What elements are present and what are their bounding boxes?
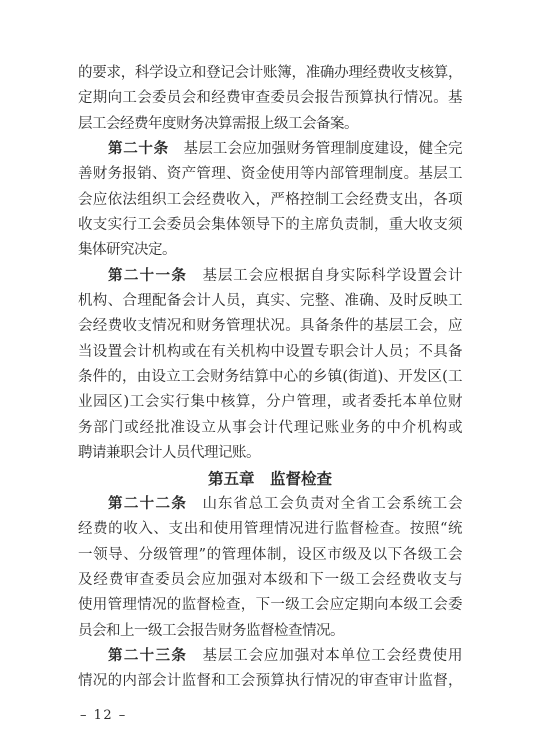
text-line: 定期向工会委员会和经费审查委员会报告预算执行情况。基 [78, 86, 462, 111]
document-page: 的要求，科学设立和登记会计账簿，准确办理经费收支核算， 定期向工会委员会和经费审… [0, 0, 540, 740]
text-line-article-23: 第二十三条 基层工会应加强对本单位工会经费使用 [78, 644, 462, 669]
article-number-bold: 第二十三条 [108, 648, 187, 664]
line-text: 收支实行工会委员会集体领导下的主席负责制，重大收支须 [78, 217, 462, 233]
line-text: 使用管理情况的监督检查，下一级工会应定期向本级工会委 [78, 597, 462, 613]
line-text: 山东省总工会负责对全省工会系统工会 [187, 496, 462, 512]
line-text: 善财务报销、资产管理、资金使用等内部管理制度。基层工 [78, 166, 462, 182]
text-line: 集体研究决定。 [78, 238, 462, 263]
article-number-bold: 第二十条 [108, 141, 169, 157]
text-line: 聘请兼职会计人员代理记账。 [78, 441, 462, 466]
text-line: 使用管理情况的监督检查，下一级工会应定期向本级工会委 [78, 593, 462, 618]
line-text: 会应依法组织工会经费收入，严格控制工会经费支出，各项 [78, 192, 462, 208]
line-text: 定期向工会委员会和经费审查委员会报告预算执行情况。基 [78, 90, 462, 106]
document-text-block: 的要求，科学设立和登记会计账簿，准确办理经费收支核算， 定期向工会委员会和经费审… [78, 61, 462, 695]
line-text: 情况的内部会计监督和工会预算执行情况的审查审计监督， [78, 673, 462, 689]
text-line: 务部门或经批准设立从事会计代理记账业务的中介机构或 [78, 416, 462, 441]
text-line: 一领导、分级管理”的管理体制，设区市级及以下各级工会 [78, 543, 462, 568]
chapter-heading-text: 第五章 监督检查 [208, 470, 332, 488]
line-text: 基层工会应根据自身实际科学设置会计 [187, 268, 462, 284]
chapter-heading: 第五章 监督检查 [78, 467, 462, 492]
line-text: 基层工会应加强对本单位工会经费使用 [187, 648, 462, 664]
text-line: 员会和上一级工会报告财务监督检查情况。 [78, 619, 462, 644]
line-text: 集体研究决定。 [78, 242, 176, 258]
line-text: 经费的收入、支出和使用管理情况进行监督检查。按照“统 [78, 521, 462, 537]
line-text: 条件的，由设立工会财务结算中心的乡镇(街道)、开发区(工 [78, 369, 462, 385]
text-line: 层工会经费年度财务决算需报上级工会备案。 [78, 112, 462, 137]
line-text: 聘请兼职会计人员代理记账。 [78, 445, 260, 461]
line-text: 机构、合理配备会计人员，真实、完整、准确、及时反映工 [78, 293, 462, 309]
line-text: 务部门或经批准设立从事会计代理记账业务的中介机构或 [78, 420, 462, 436]
text-line: 业园区)工会实行集中核算，分户管理，或者委托本单位财 [78, 390, 462, 415]
text-line: 机构、合理配备会计人员，真实、完整、准确、及时反映工 [78, 289, 462, 314]
line-text: 的要求，科学设立和登记会计账簿，准确办理经费收支核算， [78, 65, 462, 81]
text-line: 情况的内部会计监督和工会预算执行情况的审查审计监督， [78, 669, 462, 694]
text-line: 当设置会计机构或在有关机构中设置专职会计人员；不具备 [78, 340, 462, 365]
line-text: 及经费审查委员会应加强对本级和下一级工会经费收支与 [78, 572, 462, 588]
text-line: 条件的，由设立工会财务结算中心的乡镇(街道)、开发区(工 [78, 365, 462, 390]
text-line: 的要求，科学设立和登记会计账簿，准确办理经费收支核算， [78, 61, 462, 86]
text-line: 善财务报销、资产管理、资金使用等内部管理制度。基层工 [78, 162, 462, 187]
text-line: 经费的收入、支出和使用管理情况进行监督检查。按照“统 [78, 517, 462, 542]
line-text: 当设置会计机构或在有关机构中设置专职会计人员；不具备 [78, 344, 462, 360]
text-line: 收支实行工会委员会集体领导下的主席负责制，重大收支须 [78, 213, 462, 238]
article-number-bold: 第二十二条 [108, 496, 187, 512]
line-text: 层工会经费年度财务决算需报上级工会备案。 [78, 116, 358, 132]
line-text: 员会和上一级工会报告财务监督检查情况。 [78, 623, 344, 639]
line-text: 会经费收支情况和财务管理状况。具备条件的基层工会，应 [78, 318, 462, 334]
line-text: 基层工会应加强财务管理制度建设，健全完 [169, 141, 462, 157]
text-line-article-21: 第二十一条 基层工会应根据自身实际科学设置会计 [78, 264, 462, 289]
text-line: 会应依法组织工会经费收入，严格控制工会经费支出，各项 [78, 188, 462, 213]
line-text: 业园区)工会实行集中核算，分户管理，或者委托本单位财 [78, 394, 462, 410]
text-line: 会经费收支情况和财务管理状况。具备条件的基层工会，应 [78, 314, 462, 339]
text-line-article-22: 第二十二条 山东省总工会负责对全省工会系统工会 [78, 492, 462, 517]
page-number: – 12 – [80, 708, 127, 723]
article-number-bold: 第二十一条 [108, 268, 187, 284]
line-text: 一领导、分级管理”的管理体制，设区市级及以下各级工会 [78, 547, 462, 563]
text-line-article-20: 第二十条 基层工会应加强财务管理制度建设，健全完 [78, 137, 462, 162]
text-line: 及经费审查委员会应加强对本级和下一级工会经费收支与 [78, 568, 462, 593]
